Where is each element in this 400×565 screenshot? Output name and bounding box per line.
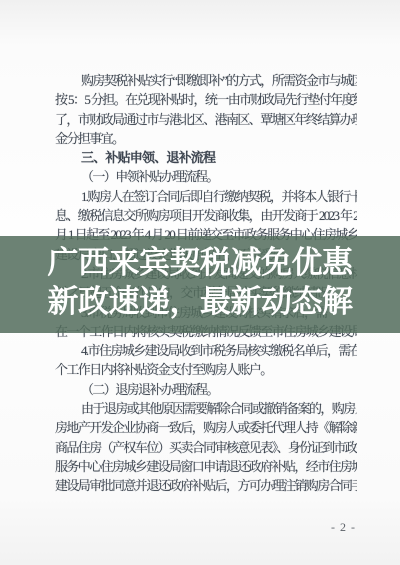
headline-line-2: 新政速递，最新动态解	[48, 283, 353, 322]
document-line: （二）退房退补办理流程。	[55, 380, 357, 399]
document-line: 金分担事宜。	[55, 129, 357, 148]
document-line: （一）申领补贴办理流程。	[55, 167, 357, 186]
document-line: 4.市住房城乡建设局收到市税务局核实缴税名单后，需在一	[55, 341, 357, 360]
document-line: 了，市财政局通过市与港北区、港南区、覃塘区年终结算办理资	[55, 110, 357, 129]
document-line: 息、缴税信息交所购房项目开发商收集，由开发商于 2023 年 2	[55, 206, 357, 225]
document-line: 商品住房（产权车位）买卖合同审核意见表》、身份证到市政务	[55, 438, 357, 457]
document-line: 1.购房人在签订合同后即自行缴纳契税，并将本人银行卡信	[55, 187, 357, 206]
document-line: 三、补贴申领、退补流程	[55, 148, 357, 167]
document-line: 按 5：5 分担。在兑现补贴时，统一由市财政局先行垫付年度终	[55, 90, 357, 109]
document-line: 服务中心住房城乡建设局窗口申请退还政府补贴，经市住房城乡	[55, 457, 357, 476]
document-line: 购房契税补贴实行“即缴即补”的方式，所需资金市与城区	[55, 71, 357, 90]
document-line: 房地产开发企业协商一致后，购房人或委托代理人持《解除新建	[55, 418, 357, 437]
document-page: 购房契税补贴实行“即缴即补”的方式，所需资金市与城区按 5：5 分担。在兑现补贴…	[0, 0, 400, 565]
document-line: 建设局审批同意并退还政府补贴后，方可办理注销购房合同手续。	[55, 476, 357, 495]
headline-line-1: 广西来宾契税减免优惠	[48, 244, 353, 283]
headline-banner: 广西来宾契税减免优惠 新政速递，最新动态解	[0, 236, 400, 333]
document-line: 个工作日内将补贴资金支付至购房人账户。	[55, 360, 357, 379]
document-line: 由于退房或其他原因需要解除合同或撤销备案的，购房人与	[55, 399, 357, 418]
page-number: - 2 -	[331, 520, 356, 535]
